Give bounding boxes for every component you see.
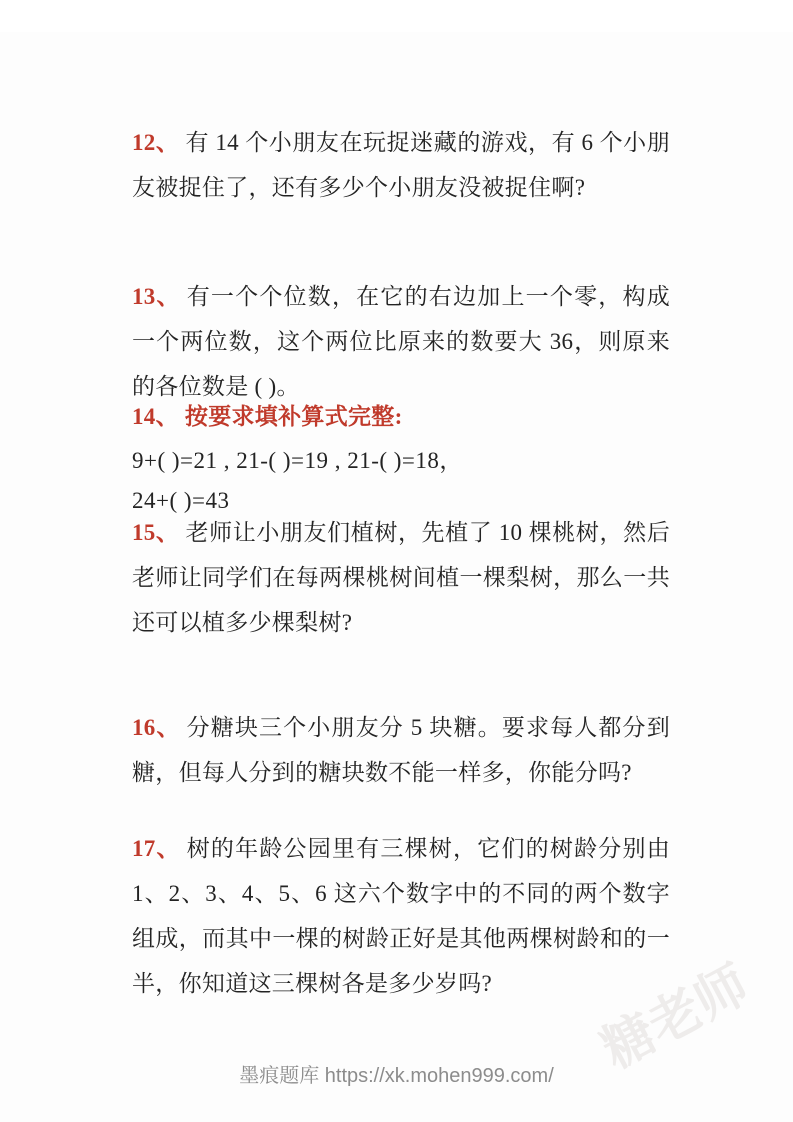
footer-url[interactable]: https://xk.mohen999.com/ bbox=[325, 1065, 554, 1087]
question-16: 16、分糖块三个小朋友分 5 块糖。要求每人都分到糖，但每人分到的糖块数不能一样… bbox=[132, 705, 670, 795]
question-14-title: 按要求填补算式完整: bbox=[185, 404, 403, 429]
footer: 墨痕题库 https://xk.mohen999.com/ bbox=[0, 1062, 793, 1090]
question-17-text: 树的年龄公园里有三棵树，它们的树龄分别由 1、2、3、4、5、6 这六个数字中的… bbox=[132, 836, 670, 996]
question-15-number: 15、 bbox=[132, 520, 180, 545]
footer-site-name: 墨痕题库 bbox=[239, 1065, 319, 1087]
question-15-text: 老师让小朋友们植树，先植了 10 棵桃树，然后老师让同学们在每两棵桃树间植一棵梨… bbox=[132, 520, 670, 635]
question-13-number: 13、 bbox=[132, 284, 181, 309]
question-16-number: 16、 bbox=[132, 715, 181, 740]
question-13: 13、有一个个位数，在它的右边加上一个零，构成一个两位数，这个两位比原来的数要大… bbox=[132, 274, 670, 409]
question-12-number: 12、 bbox=[132, 130, 179, 155]
question-12-text: 有 14 个小朋友在玩捉迷藏的游戏，有 6 个小朋友被捉住了，还有多少个小朋友没… bbox=[132, 130, 670, 200]
question-12: 12、有 14 个小朋友在玩捉迷藏的游戏，有 6 个小朋友被捉住了，还有多少个小… bbox=[132, 120, 670, 210]
question-13-text: 有一个个位数，在它的右边加上一个零，构成一个两位数，这个两位比原来的数要大 36… bbox=[132, 284, 670, 399]
question-15: 15、老师让小朋友们植树，先植了 10 棵桃树，然后老师让同学们在每两棵桃树间植… bbox=[132, 510, 670, 645]
question-14-title-row: 14、按要求填补算式完整: bbox=[132, 394, 670, 439]
question-17: 17、树的年龄公园里有三棵树，它们的树龄分别由 1、2、3、4、5、6 这六个数… bbox=[132, 826, 670, 1006]
question-14-equation-line-1: 9+( )=21 , 21-( )=19 , 21-( )=18， bbox=[132, 438, 670, 483]
question-16-text: 分糖块三个小朋友分 5 块糖。要求每人都分到糖，但每人分到的糖块数不能一样多，你… bbox=[132, 715, 670, 785]
question-17-number: 17、 bbox=[132, 836, 181, 861]
question-14-number: 14、 bbox=[132, 404, 179, 429]
